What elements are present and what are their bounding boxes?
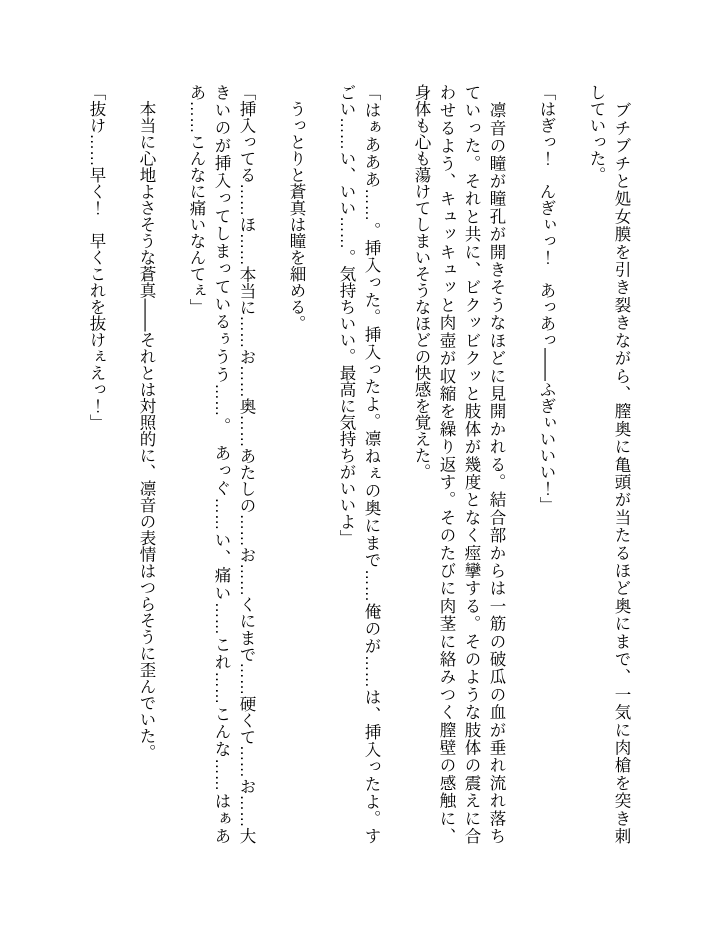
paragraph-narration: うっとりと蒼真は瞳を細める。 [283, 84, 308, 844]
paragraph-narration: ブチブチと処女膜を引き裂きながら、膣奥に亀頭が当たるほど奥にまで、一気に肉槍を突… [583, 84, 633, 844]
text-line: 身体も心も蕩けてしまいそうなほどの快感を覚えた。 [408, 84, 433, 844]
paragraph-dialogue: 「挿入ってる……ほ……本当に……お……奥……あたしの……お……くにまで……硬くて… [183, 84, 258, 844]
paragraph-narration: 凛音の瞳が瞳孔が開きそうなほどに見開かれる。結合部からは一筋の破瓜の血が垂れ流れ… [408, 84, 508, 844]
text-line: ていった。それと共に、ビクッビクッと肢体が幾度となく痙攣する。そのような肢体の震… [458, 84, 483, 844]
reader-page: ブチブチと処女膜を引き裂きながら、膣奥に亀頭が当たるほど奥にまで、一気に肉槍を突… [83, 84, 633, 844]
text-line: 「抜け……早く！ 早くこれを抜けぇえっ！」 [83, 84, 108, 844]
paragraph-dialogue: 「はぁあああ……。挿入った。挿入ったよ。凛ねぇの奥にまで……俺のが……は、挿入っ… [333, 84, 383, 844]
text-line: きいのが挿入ってしまっているぅうう……。 あっぐ……い、痛い……これ……こんな…… [208, 84, 233, 844]
text-line: 「はぁあああ……。挿入った。挿入ったよ。凛ねぇの奥にまで……俺のが……は、挿入っ… [358, 84, 383, 844]
text-line: わせるよう、キュッキュッと肉壺が収縮を繰り返す。そのたびに肉茎に絡みつく膣壁の感… [433, 84, 458, 844]
text-line: 凛音の瞳が瞳孔が開きそうなほどに見開かれる。結合部からは一筋の破瓜の血が垂れ流れ… [483, 84, 508, 844]
text-line: 「挿入ってる……ほ……本当に……お……奥……あたしの……お……くにまで……硬くて… [233, 84, 258, 844]
paragraph-dialogue: 「はぎっ！ んぎぃっ！ あっあっ――ふぎぃいいい！」 [533, 84, 558, 844]
text-line: あ……こんなに痛いなんてぇ」 [183, 84, 208, 844]
page-background: { "page": { "background_color": "#ffffff… [0, 0, 720, 932]
text-line: 本当に心地よさそうな蒼真――それとは対照的に、凛音の表情はつらそうに歪んでいた。 [133, 84, 158, 844]
paragraph-narration: 本当に心地よさそうな蒼真――それとは対照的に、凛音の表情はつらそうに歪んでいた。 [133, 84, 158, 844]
text-line: していった。 [583, 84, 608, 844]
text-line: 「はぎっ！ んぎぃっ！ あっあっ――ふぎぃいいい！」 [533, 84, 558, 844]
text-line: ブチブチと処女膜を引き裂きながら、膣奥に亀頭が当たるほど奥にまで、一気に肉槍を突… [608, 84, 633, 844]
paragraph-dialogue: 「抜け……早く！ 早くこれを抜けぇえっ！」 [83, 84, 108, 844]
text-line: うっとりと蒼真は瞳を細める。 [283, 84, 308, 844]
text-line: ごい……い、いい……。気持ちいい。最高に気持ちがいいよ」 [333, 84, 358, 844]
